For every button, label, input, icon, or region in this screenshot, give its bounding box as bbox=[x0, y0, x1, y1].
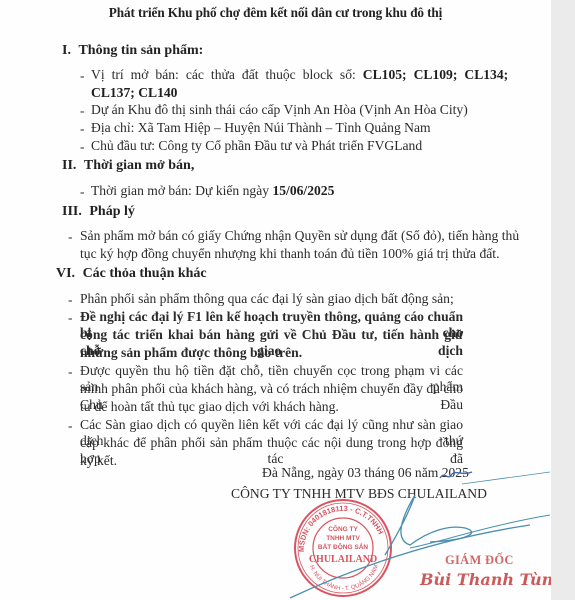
list-item-continuation: tục ký hợp đồng chuyển nhượng khi thanh … bbox=[80, 246, 499, 262]
bullet-dash: - bbox=[68, 292, 73, 308]
section-number: III. bbox=[62, 204, 82, 219]
svg-text:CÔNG TY: CÔNG TY bbox=[328, 524, 358, 533]
document-page: Phát triển Khu phố chợ đêm kết nối dân c… bbox=[0, 0, 551, 600]
signature-date: Đà Nẵng, ngày 03 tháng 06 năm 2025 bbox=[262, 465, 469, 481]
list-item: Dự án Khu đô thị sinh thái cáo cấp Vịnh … bbox=[91, 102, 468, 118]
svg-text:CHULAILAND: CHULAILAND bbox=[309, 554, 377, 565]
block-codes: CL105; CL109; CL134; bbox=[363, 67, 508, 82]
bullet-dash: - bbox=[80, 121, 85, 137]
list-item-continuation: CL137; CL140 bbox=[91, 85, 177, 101]
bullet-dash: - bbox=[80, 103, 85, 119]
bullet-dash: - bbox=[68, 310, 73, 326]
svg-text:BẤT ĐỘNG SẢN: BẤT ĐỘNG SẢN bbox=[318, 541, 369, 551]
section-title: Pháp lý bbox=[89, 204, 135, 219]
viewer-side-margin bbox=[551, 0, 575, 600]
list-item: Địa chỉ: Xã Tam Hiệp – Huyện Núi Thành –… bbox=[91, 120, 431, 136]
list-item: Sản phẩm mở bán có giấy Chứng nhận Quyền… bbox=[80, 228, 519, 244]
section-heading-2: II. Thời gian mở bán, bbox=[62, 158, 194, 174]
list-item: Vị trí mở bán: các thửa đất thuộc block … bbox=[91, 67, 508, 83]
section-number: II. bbox=[62, 158, 76, 173]
bullet-dash: - bbox=[80, 68, 85, 84]
section-heading-4: VI. Các thỏa thuận khác bbox=[56, 266, 207, 282]
list-item-continuation: những sản phẩm được thông báo trên. bbox=[80, 345, 302, 361]
list-item: Thời gian mở bán: Dự kiến ngày 15/06/202… bbox=[91, 183, 334, 199]
list-item: Phân phối sản phẩm thông qua các đại lý … bbox=[80, 291, 454, 307]
bullet-dash: - bbox=[68, 364, 73, 380]
bullet-dash: - bbox=[80, 139, 85, 155]
document-title: Phát triển Khu phố chợ đêm kết nối dân c… bbox=[0, 5, 551, 21]
company-stamp-icon: MSDN: 0401818113 - C.T.TNHH H. NÚI THÀNH… bbox=[290, 496, 396, 600]
bullet-dash: - bbox=[68, 418, 73, 434]
section-title: Thời gian mở bán, bbox=[84, 158, 194, 173]
list-item: Chủ đầu tư: Công ty Cổ phần Đầu tư và Ph… bbox=[91, 138, 422, 154]
section-number: VI. bbox=[56, 266, 75, 281]
bullet-dash: - bbox=[68, 229, 73, 245]
svg-text:TNHH MTV: TNHH MTV bbox=[326, 535, 360, 542]
opening-date: 15/06/2025 bbox=[272, 183, 334, 198]
section-title: Thông tin sản phẩm: bbox=[78, 43, 203, 58]
section-number: I. bbox=[62, 43, 71, 58]
list-item-text: Thời gian mở bán: Dự kiến ngày bbox=[91, 183, 272, 198]
list-item-continuation: cấp khác để phân phối sản phẩm thuộc các… bbox=[80, 435, 463, 467]
section-heading-3: III. Pháp lý bbox=[62, 204, 135, 220]
signer-name: Bùi Thanh Tùng bbox=[420, 570, 564, 589]
list-item-continuation: tư để hoàn tất thủ tục giao dịch với khá… bbox=[80, 399, 339, 415]
section-heading-1: I. Thông tin sản phẩm: bbox=[62, 43, 203, 59]
list-item-text: Vị trí mở bán: các thửa đất thuộc block … bbox=[91, 67, 363, 82]
section-title: Các thỏa thuận khác bbox=[83, 266, 207, 281]
block-codes: CL137; CL140 bbox=[91, 85, 177, 100]
signer-role: GIÁM ĐỐC bbox=[445, 553, 514, 568]
bullet-dash: - bbox=[80, 184, 85, 200]
list-item-continuation: ký kết. bbox=[80, 453, 117, 469]
